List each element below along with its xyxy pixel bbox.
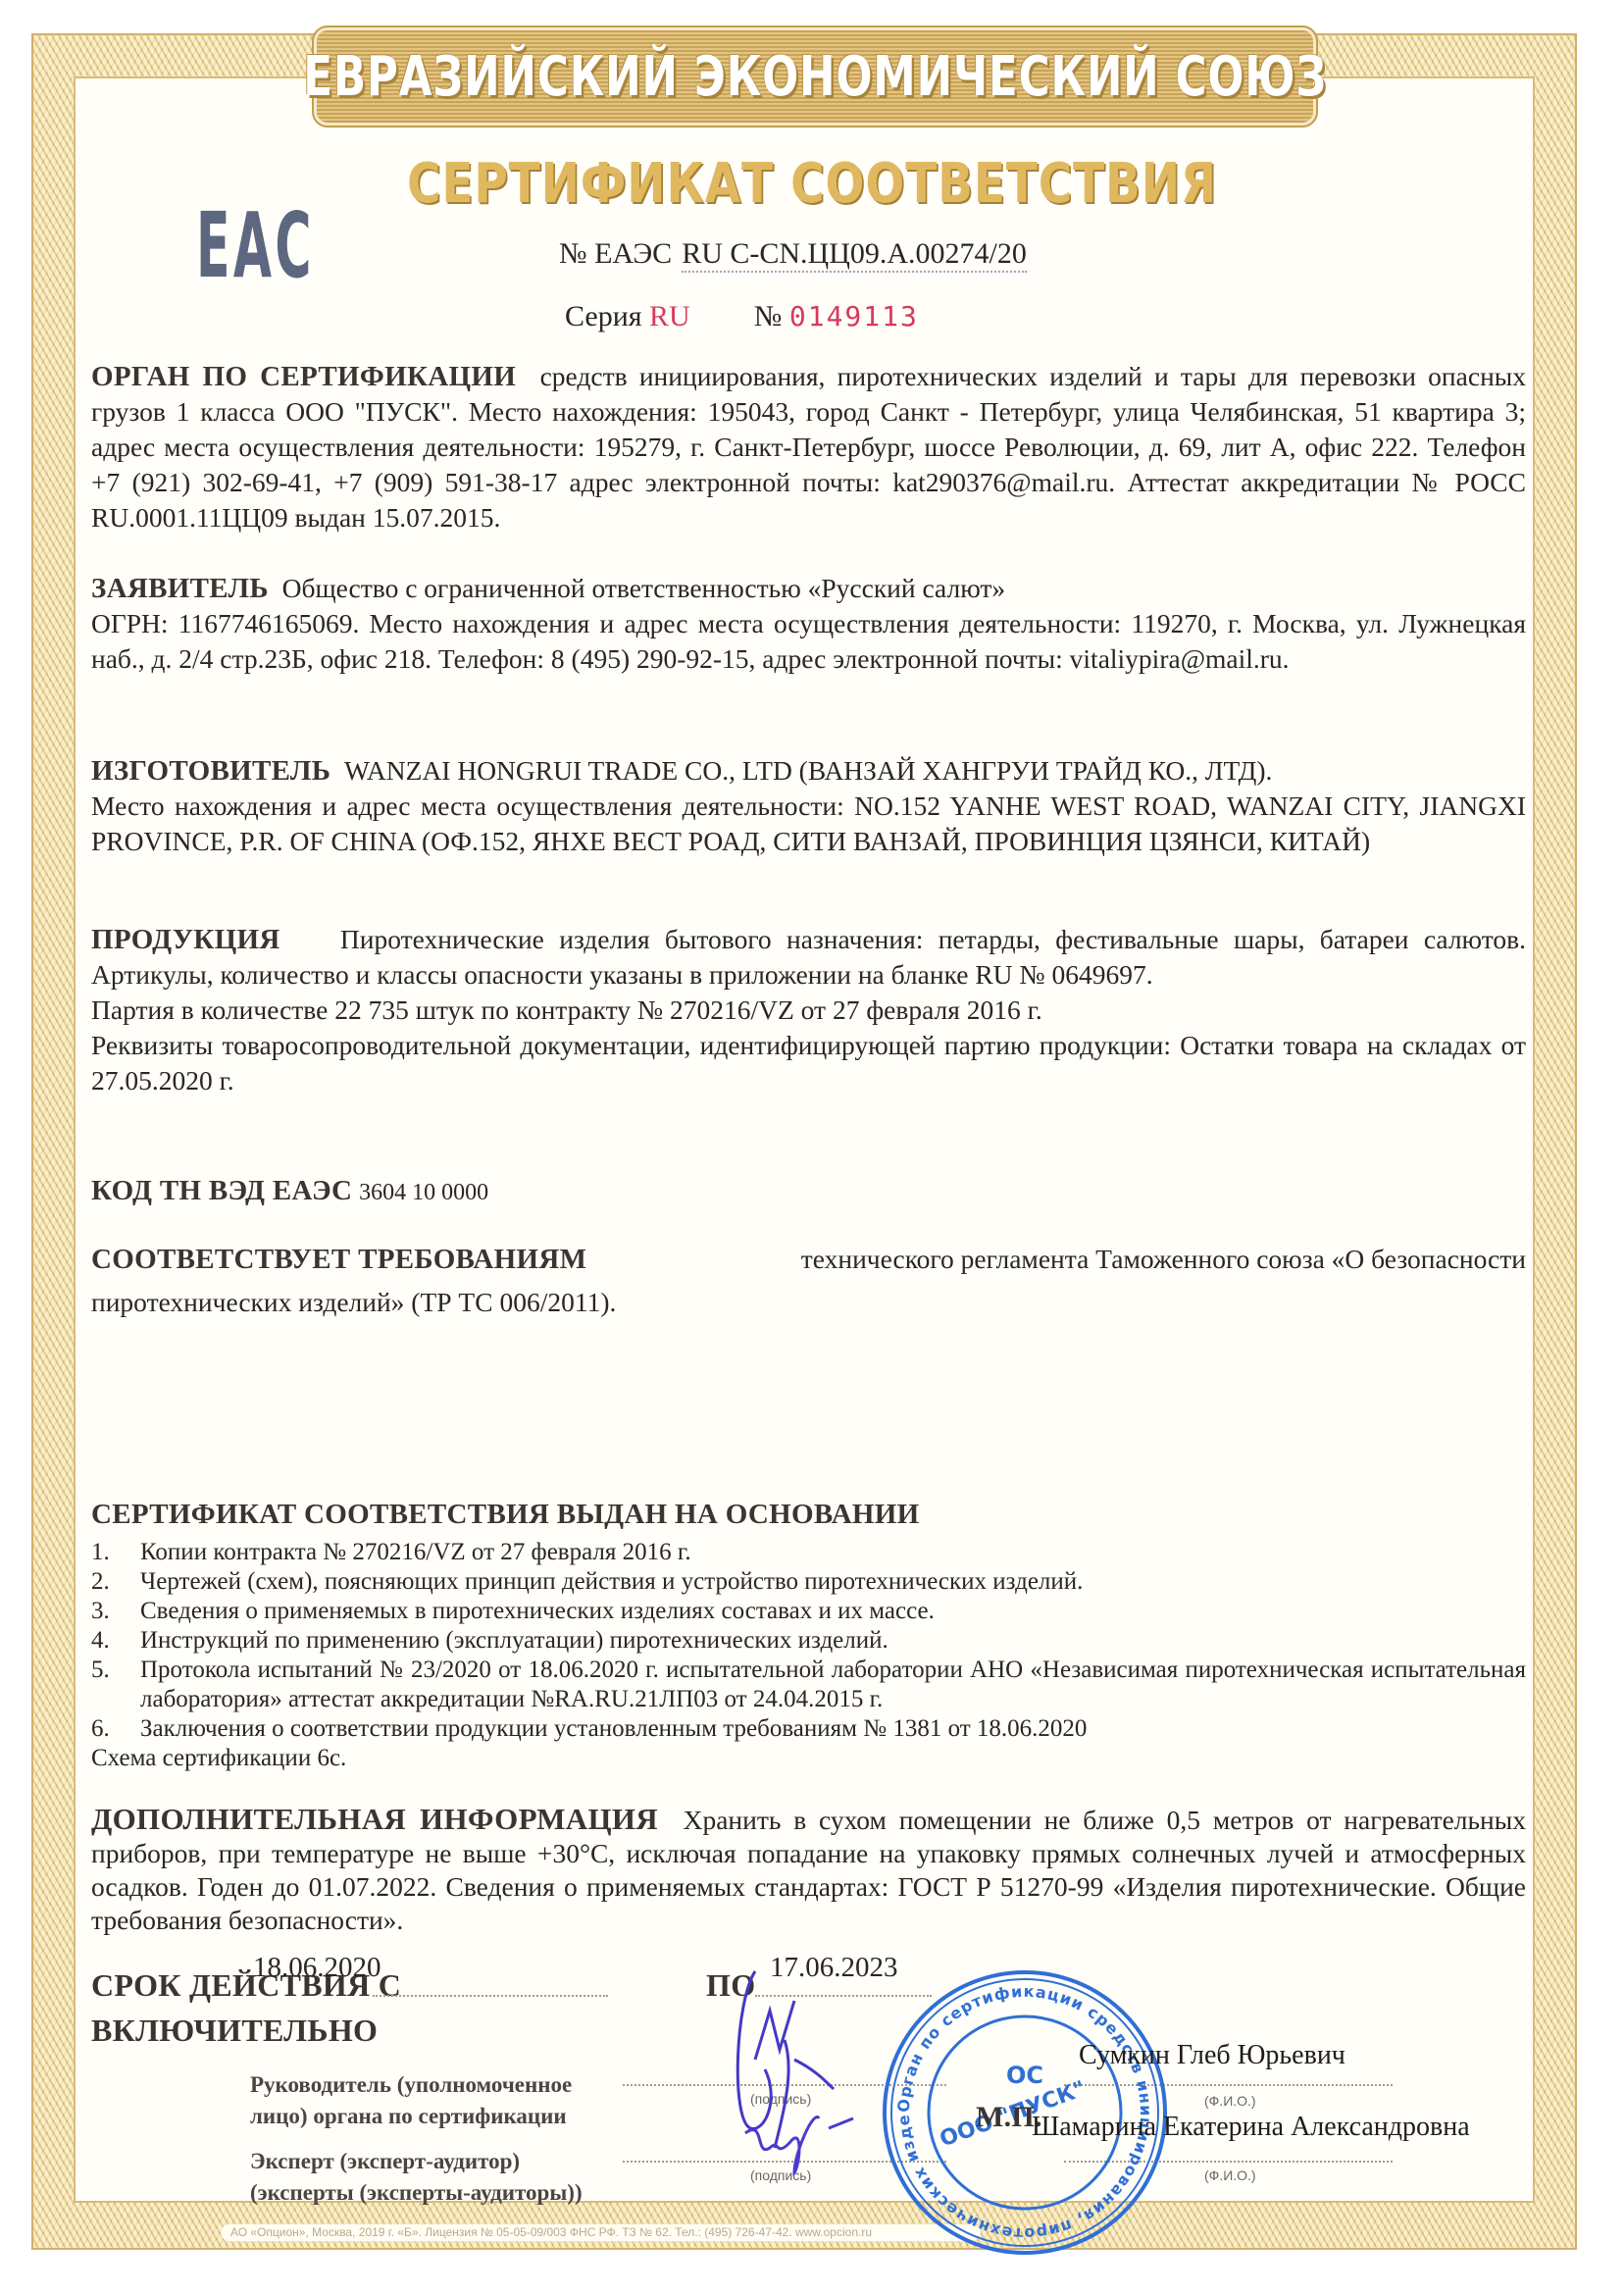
section-basis-title: СЕРТИФИКАТ СООТВЕТСТВИЯ ВЫДАН НА ОСНОВАН… — [91, 1497, 1526, 1532]
certificate-number-value: RU C-CN.ЦЦ09.А.00274/20 — [682, 237, 1027, 273]
section-manufacturer: ИЗГОТОВИТЕЛЬ WANZAI HONGRUI TRADE CO., L… — [91, 753, 1526, 859]
manufacturer-name: WANZAI HONGRUI TRADE CO., LTD (ВАНЗАЙ ХА… — [344, 755, 1272, 786]
basis-list: 1.Копии контракта № 270216/VZ от 27 февр… — [91, 1538, 1526, 1773]
series-value: RU — [649, 300, 690, 332]
blank-series: Серия RU № 0149113 — [565, 300, 919, 333]
certificate-number: № ЕАЭСRU C-CN.ЦЦ09.А.00274/20 — [559, 237, 1027, 271]
section-label: ДОПОЛНИТЕЛЬНАЯ ИНФОРМАЦИЯ — [91, 1802, 658, 1836]
section-applicant: ЗАЯВИТЕЛЬ Общество с ограниченной ответс… — [91, 571, 1526, 677]
head-label: Руководитель (уполномоченное лицо) орган… — [250, 2069, 572, 2132]
union-banner: ЕВРАЗИЙСКИЙ ЭКОНОМИЧЕСКИЙ СОЮЗ — [314, 27, 1316, 126]
series-label: Серия — [565, 300, 642, 332]
list-item: 5.Протокола испытаний № 23/2020 от 18.06… — [91, 1656, 1526, 1714]
head-fio-caption: (Ф.И.О.) — [1204, 2093, 1256, 2109]
list-item: 1.Копии контракта № 270216/VZ от 27 февр… — [91, 1538, 1526, 1567]
expert-fio-caption: (Ф.И.О.) — [1204, 2167, 1256, 2183]
blank-no-label: № — [754, 300, 783, 332]
section-product: ПРОДУКЦИЯ Пиротехнические изделия бытово… — [91, 922, 1526, 1098]
list-item: 2.Чертежей (схем), поясняющих принцип де… — [91, 1567, 1526, 1597]
section-label: ЗАЯВИТЕЛЬ — [91, 573, 269, 604]
applicant-name: Общество с ограниченной ответственностью… — [282, 573, 1006, 603]
certificate-number-label: № ЕАЭС — [559, 237, 672, 270]
list-item: 3.Сведения о применяемых в пиротехническ… — [91, 1597, 1526, 1626]
conforms-text-1: технического регламента Таможенного союз… — [801, 1242, 1526, 1277]
section-label: СЕРТИФИКАТ СООТВЕТСТВИЯ ВЫДАН НА ОСНОВАН… — [91, 1499, 920, 1530]
section-label: ИЗГОТОВИТЕЛЬ — [91, 755, 330, 787]
section-text: Место нахождения и адрес места осуществл… — [91, 789, 1526, 859]
section-label: КОД ТН ВЭД ЕАЭС — [91, 1175, 352, 1206]
product-text-1: Пиротехнические изделия бытового назначе… — [91, 924, 1526, 990]
stamp-center-1: ОС — [1006, 2062, 1043, 2089]
tn-ved-code: 3604 10 0000 — [359, 1180, 488, 1205]
blank-no-value: 0149113 — [789, 300, 919, 332]
section-label: ОРГАН ПО СЕРТИФИКАЦИИ — [91, 361, 516, 392]
section-text: ОГРН: 1167746165069. Место нахождения и … — [91, 606, 1526, 677]
section-label: СООТВЕТСТВУЕТ ТРЕБОВАНИЯМ — [91, 1244, 586, 1275]
conforms-text-2: пиротехнических изделий» (ТР ТС 006/2011… — [91, 1285, 1526, 1320]
product-text-3: Реквизиты товаросопроводительной докумен… — [91, 1028, 1526, 1098]
expert-name: Шамарина Екатерина Александровна — [1032, 2112, 1470, 2143]
certification-scheme: Схема сертификации 6с. — [91, 1744, 1526, 1773]
section-label: ПРОДУКЦИЯ — [91, 924, 280, 955]
section-certification-body: ОРГАН ПО СЕРТИФИКАЦИИ средств инициирова… — [91, 359, 1526, 535]
section-tn-ved: КОД ТН ВЭД ЕАЭС 3604 10 0000 — [91, 1173, 1526, 1210]
head-name: Сумкин Глеб Юрьевич — [1079, 2040, 1345, 2071]
printer-line: АО «Опцион», Москва, 2019 г. «Б». Лиценз… — [221, 2224, 981, 2241]
dotted-line — [373, 1995, 608, 1997]
union-banner-text: ЕВРАЗИЙСКИЙ ЭКОНОМИЧЕСКИЙ СОЮЗ — [303, 45, 1327, 109]
list-item: 6.Заключения о соответствии продукции ус… — [91, 1714, 1526, 1744]
section-conforms: СООТВЕТСТВУЕТ ТРЕБОВАНИЯМ технического р… — [91, 1242, 1526, 1320]
eac-logo-icon: ЕАС — [196, 201, 315, 291]
section-additional: ДОПОЛНИТЕЛЬНАЯ ИНФОРМАЦИЯ Хранить в сухо… — [91, 1803, 1526, 1937]
product-text-2: Партия в количестве 22 735 штук по контр… — [91, 993, 1526, 1028]
signature-icon — [726, 1962, 902, 2197]
list-item: 4.Инструкций по применению (эксплуатации… — [91, 1626, 1526, 1656]
validity-from-date: 18.06.2020 — [253, 1952, 381, 1984]
certificate-title: СЕРТИФИКАТ СООТВЕТСТВИЯ — [129, 152, 1494, 216]
expert-label: Эксперт (эксперт-аудитор) (эксперты (экс… — [250, 2146, 583, 2209]
validity-inclusive-label: ВКЛЮЧИТЕЛЬНО — [91, 2013, 378, 2049]
